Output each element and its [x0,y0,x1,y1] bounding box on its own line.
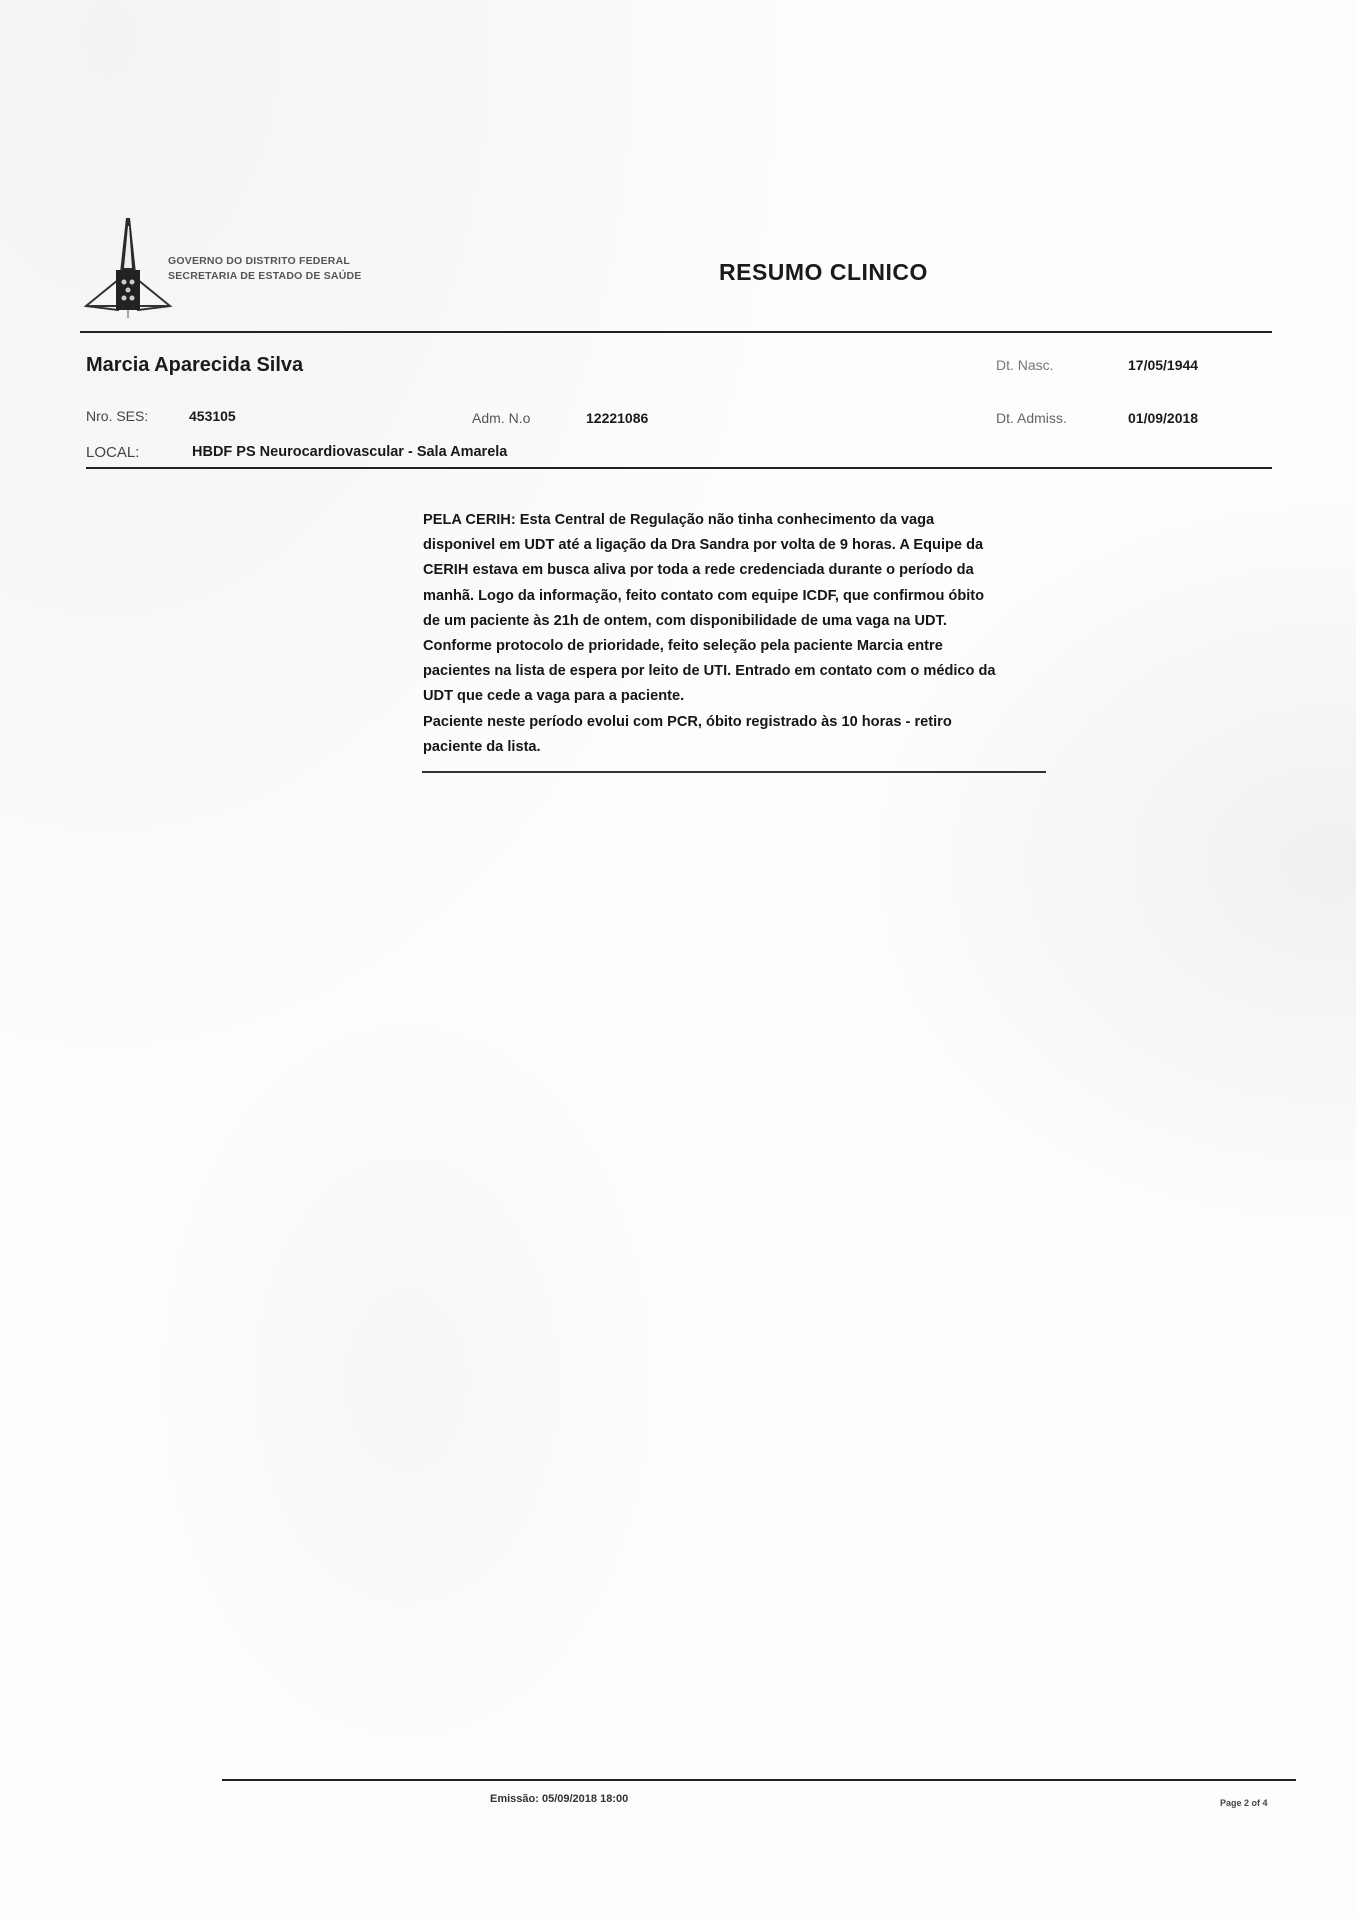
note-line: CERIH estava em busca aliva por toda a r… [423,558,1163,583]
header-bottom-rule [86,467,1272,469]
emission-timestamp: Emissão: 05/09/2018 18:00 [490,1793,628,1805]
local-label: LOCAL: [86,444,139,461]
scan-shading [0,0,1356,1918]
clinical-note: PELA CERIH: Esta Central de Regulação nã… [423,508,1163,760]
note-line: UDT que cede a vaga para a paciente. [423,684,1163,709]
local-value: HBDF PS Neurocardiovascular - Sala Amare… [192,444,507,460]
patient-name: Marcia Aparecida Silva [86,354,303,377]
ses-number-value: 453105 [189,408,236,424]
note-line: manhã. Logo da informação, feito contato… [423,584,1163,609]
admission-date-label: Dt. Admiss. [996,410,1067,426]
ses-number-label: Nro. SES: [86,408,148,424]
note-line: PELA CERIH: Esta Central de Regulação nã… [423,508,1163,533]
note-line: de um paciente às 21h de ontem, com disp… [423,609,1163,634]
note-line: disponivel em UDT até a ligação da Dra S… [423,533,1163,558]
birth-date-label: Dt. Nasc. [996,357,1054,373]
note-line: paciente da lista. [423,735,1163,760]
admission-number-label: Adm. N.o [472,410,530,426]
org-line-1: GOVERNO DO DISTRITO FEDERAL [168,254,361,269]
note-line: pacientes na lista de espera por leito d… [423,659,1163,684]
document-title: RESUMO CLINICO [719,259,928,286]
footer-rule [222,1779,1296,1781]
org-line-2: SECRETARIA DE ESTADO DE SAÚDE [168,269,361,284]
admission-number-value: 12221086 [586,410,648,426]
admission-date-value: 01/09/2018 [1128,410,1198,426]
page-number: Page 2 of 4 [1220,1798,1268,1808]
header-top-rule [80,331,1272,333]
organization-name: GOVERNO DO DISTRITO FEDERAL SECRETARIA D… [168,254,361,284]
note-line: Paciente neste período evolui com PCR, ó… [423,710,1163,735]
note-end-rule [422,771,1046,773]
brasilia-cathedral-emblem-icon [84,218,174,318]
birth-date-value: 17/05/1944 [1128,357,1198,373]
note-line: Conforme protocolo de prioridade, feito … [423,634,1163,659]
